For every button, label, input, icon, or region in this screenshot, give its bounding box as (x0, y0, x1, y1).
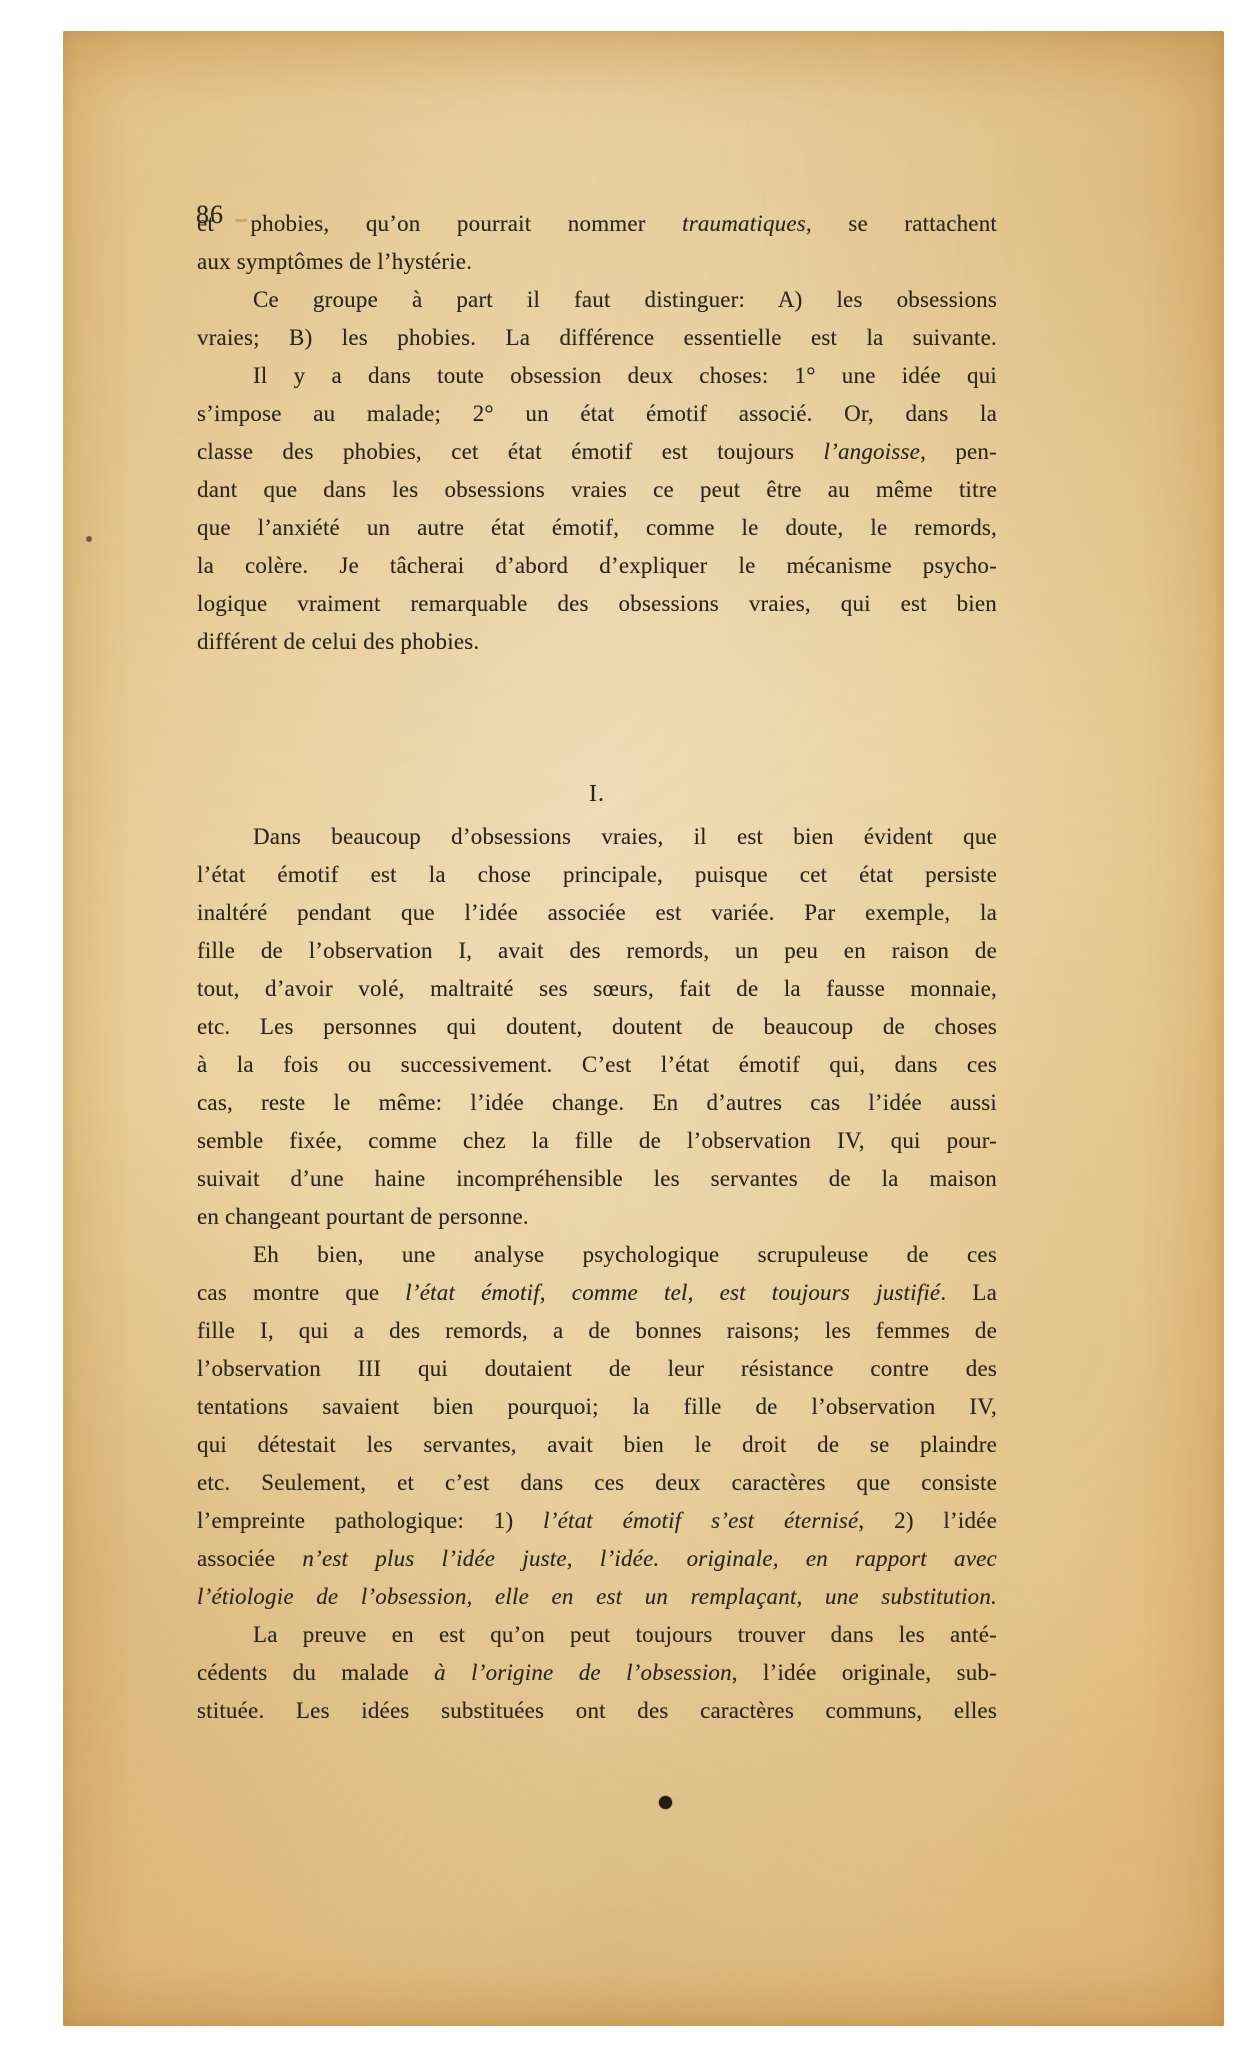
text-segment: logique vraiment remarquable des obsessi… (197, 591, 997, 616)
text-line: et phobies, qu’on pourrait nommer trauma… (197, 205, 997, 243)
text-line: cas montre que l’état émotif, comme tel,… (197, 1274, 997, 1312)
text-segment: vraies; B) les phobies. La différence es… (197, 325, 997, 350)
text-segment: et phobies, qu’on pourrait nommer (197, 211, 682, 236)
text-line: classe des phobies, cet état émotif est … (197, 433, 997, 471)
text-line: que l’anxiété un autre état émotif, comm… (197, 509, 997, 547)
text-segment: inaltéré pendant que l’idée associée est… (197, 900, 997, 925)
text-line: semble fixée, comme chez la fille de l’o… (197, 1122, 997, 1160)
scanned-book-page: 86 et phobies, qu’on pourrait nommer tra… (0, 0, 1259, 2053)
text-line: l’empreinte pathologique: 1) l’état émot… (197, 1502, 997, 1540)
text-segment: Eh bien, une analyse psychologique scrup… (253, 1242, 997, 1267)
section-heading: I. (197, 775, 997, 813)
text-segment: dant que dans les obsessions vraies ce p… (197, 477, 997, 502)
italic-text-segment: l’état émotif s’est éternisé (543, 1508, 858, 1533)
italic-text-segment: en rapport avec (806, 1546, 997, 1571)
text-line: tout, d’avoir volé, maltraité ses sœurs,… (197, 970, 997, 1008)
text-segment: différent de celui des phobies. (197, 629, 479, 654)
text-segment: s’impose au malade; 2° un état émotif as… (197, 401, 997, 426)
text-segment: cédents du malade (197, 1660, 434, 1685)
paper-sheet: 86 et phobies, qu’on pourrait nommer tra… (63, 31, 1224, 2026)
text-line: tentations savaient bien pourquoi; la fi… (197, 1388, 997, 1426)
text-segment: , se rattachent (806, 211, 997, 236)
text-line: etc. Seulement, et c’est dans ces deux c… (197, 1464, 997, 1502)
text-segment: qui détestait les servantes, avait bien … (197, 1432, 997, 1457)
text-segment: etc. Les personnes qui doutent, doutent … (197, 1014, 997, 1039)
text-segment: fille de l’observation I, avait des remo… (197, 938, 997, 963)
text-segment: en changeant pourtant de personne. (197, 1204, 529, 1229)
text-segment: l’état émotif est la chose principale, p… (197, 862, 997, 887)
text-segment: classe des phobies, cet état émotif est … (197, 439, 824, 464)
text-line: etc. Les personnes qui doutent, doutent … (197, 1008, 997, 1046)
italic-text-segment: l’état émotif, comme tel, est toujours j… (405, 1280, 940, 1305)
italic-text-segment: l’idée. originale, (600, 1546, 806, 1571)
text-segment: cas montre que (197, 1280, 405, 1305)
text-segment: à la fois ou successivement. C’est l’éta… (197, 1052, 997, 1077)
text-line: La preuve en est qu’on peut toujours tro… (197, 1616, 997, 1654)
text-segment: , l’idée originale, sub- (732, 1660, 997, 1685)
text-line: aux symptômes de l’hystérie. (197, 243, 997, 281)
text-segment: cas, reste le même: l’idée change. En d’… (197, 1090, 997, 1115)
text-line: cédents du malade à l’origine de l’obses… (197, 1654, 997, 1692)
text-line: fille de l’observation I, avait des remo… (197, 932, 997, 970)
text-line: Eh bien, une analyse psychologique scrup… (197, 1236, 997, 1274)
text-segment: que l’anxiété un autre état émotif, comm… (197, 515, 997, 540)
text-line: fille I, qui a des remords, a de bonnes … (197, 1312, 997, 1350)
italic-text-segment: traumatiques (682, 211, 806, 236)
italic-text-segment: l’angoisse (824, 439, 921, 464)
text-segment: associée (197, 1546, 302, 1571)
text-line: suivait d’une haine incompréhensible les… (197, 1160, 997, 1198)
text-line: l’étiologie de l’obsession, elle en est … (197, 1578, 997, 1616)
text-segment: . La (940, 1280, 997, 1305)
text-segment: aux symptômes de l’hystérie. (197, 249, 472, 274)
text-line: Dans beaucoup d’obsessions vraies, il es… (197, 818, 997, 856)
text-segment: l’empreinte pathologique: 1) (197, 1508, 543, 1533)
body-text-block-1: et phobies, qu’on pourrait nommer trauma… (197, 205, 997, 661)
text-line: cas, reste le même: l’idée change. En d’… (197, 1084, 997, 1122)
text-line: à la fois ou successivement. C’est l’éta… (197, 1046, 997, 1084)
text-segment: stituée. Les idées substituées ont des c… (197, 1698, 997, 1723)
text-segment: suivait d’une haine incompréhensible les… (197, 1166, 997, 1191)
text-line: Il y a dans toute obsession deux choses:… (197, 357, 997, 395)
ink-dot (659, 1796, 672, 1809)
text-segment: Dans beaucoup d’obsessions vraies, il es… (253, 824, 997, 849)
text-line: qui détestait les servantes, avait bien … (197, 1426, 997, 1464)
text-segment: , pen- (920, 439, 997, 464)
text-line: l’état émotif est la chose principale, p… (197, 856, 997, 894)
text-segment: l’observation III qui doutaient de leur … (197, 1356, 997, 1381)
text-line: vraies; B) les phobies. La différence es… (197, 319, 997, 357)
text-line: inaltéré pendant que l’idée associée est… (197, 894, 997, 932)
text-segment: La preuve en est qu’on peut toujours tro… (253, 1622, 997, 1647)
italic-text-segment: l’étiologie de l’obsession, elle en est … (197, 1584, 997, 1609)
text-line: dant que dans les obsessions vraies ce p… (197, 471, 997, 509)
text-line: logique vraiment remarquable des obsessi… (197, 585, 997, 623)
text-segment: fille I, qui a des remords, a de bonnes … (197, 1318, 997, 1343)
text-segment: etc. Seulement, et c’est dans ces deux c… (197, 1470, 997, 1495)
text-line: stituée. Les idées substituées ont des c… (197, 1692, 997, 1730)
text-line: la colère. Je tâcherai d’abord d’expliqu… (197, 547, 997, 585)
italic-text-segment: n’est plus l’idée juste, (302, 1546, 600, 1571)
text-line: différent de celui des phobies. (197, 623, 997, 661)
body-text-block-2: Dans beaucoup d’obsessions vraies, il es… (197, 818, 997, 1730)
text-line: associée n’est plus l’idée juste, l’idée… (197, 1540, 997, 1578)
text-segment: Il y a dans toute obsession deux choses:… (253, 363, 997, 388)
text-segment: semble fixée, comme chez la fille de l’o… (197, 1128, 997, 1153)
text-segment: Ce groupe à part il faut distinguer: A) … (253, 287, 997, 312)
text-line: Ce groupe à part il faut distinguer: A) … (197, 281, 997, 319)
text-segment: , 2) l’idée (858, 1508, 997, 1533)
text-segment: tentations savaient bien pourquoi; la fi… (197, 1394, 997, 1419)
paper-speck (235, 219, 247, 222)
text-line: en changeant pourtant de personne. (197, 1198, 997, 1236)
text-segment: la colère. Je tâcherai d’abord d’expliqu… (197, 553, 997, 578)
italic-text-segment: à l’origine de l’obsession (434, 1660, 732, 1685)
text-line: l’observation III qui doutaient de leur … (197, 1350, 997, 1388)
text-segment: tout, d’avoir volé, maltraité ses sœurs,… (197, 976, 997, 1001)
paper-speck (86, 536, 92, 542)
text-line: s’impose au malade; 2° un état émotif as… (197, 395, 997, 433)
